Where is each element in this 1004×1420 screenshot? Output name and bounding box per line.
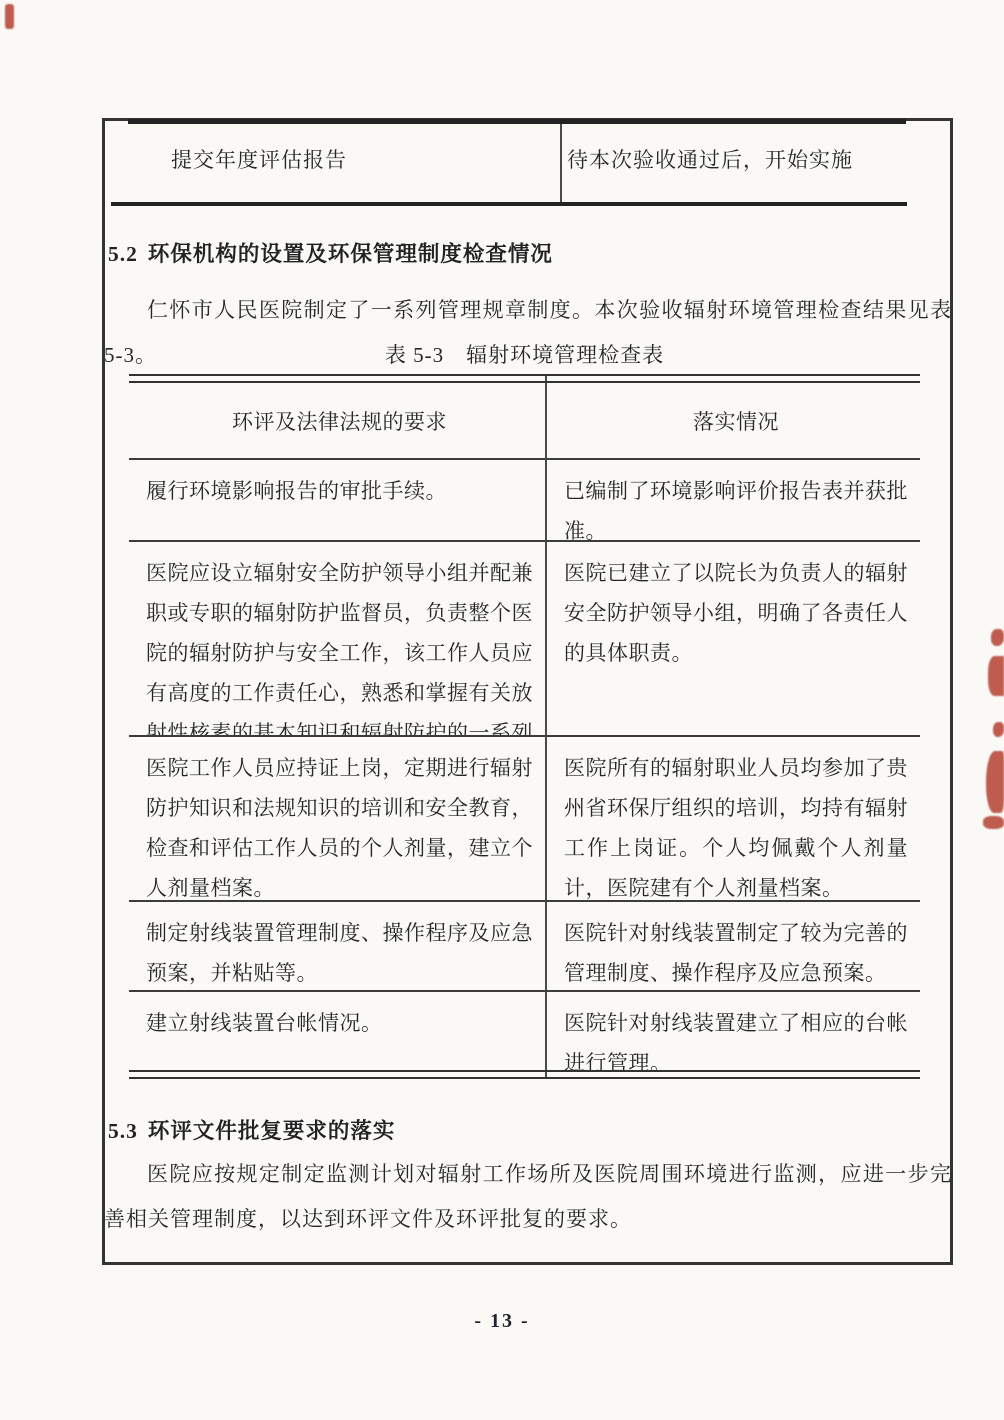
red-stamp-fragment-1 (991, 629, 1004, 646)
table-row-2-status: 医院已建立了以院长为负责人的辐射安全防护领导小组，明确了各责任人的具体职责。 (545, 540, 920, 735)
red-stamp-fragment-4 (986, 751, 1004, 813)
top-table-status-cell: 待本次验收通过后，开始实施 (567, 147, 897, 174)
top-table-column-divider (560, 124, 562, 203)
section-5-3-paragraph: 医院应按规定制定监测计划对辐射工作场所及医院周围环境进行监测，应进一步完善相关管… (104, 1152, 952, 1242)
top-table-bottom-rule (111, 202, 907, 206)
table-row-2-requirement: 医院应设立辐射安全防护领导小组并配兼职或专职的辐射防护监督员，负责整个医院的辐射… (129, 540, 545, 735)
scanned-document-page: { "page": { "number": "- 13 -" }, "top_t… (0, 0, 1004, 1420)
red-mark-top-left (5, 4, 14, 29)
table-row-5-requirement: 建立射线装置台帐情况。 (129, 990, 545, 1078)
table-header-requirement: 环评及法律法规的要求 (129, 374, 545, 458)
table-top-double-rule-2 (129, 381, 920, 383)
section-5-2-heading: 5.2环保机构的设置及环保管理制度检查情况 (108, 237, 553, 268)
section-5-2-number: 5.2 (108, 242, 138, 266)
page-number: - 13 - (0, 1310, 1004, 1333)
table-row-3-status: 医院所有的辐射职业人员均参加了贵州省环保厅组织的培训，均持有辐射工作上岗证。个人… (545, 735, 920, 900)
table-row-1-requirement: 履行环境影响报告的审批手续。 (129, 458, 545, 540)
table-bottom-double-rule-2 (129, 1077, 920, 1079)
red-stamp-fragment-5 (983, 816, 1004, 829)
top-table-top-rule (128, 119, 906, 124)
table-row-4-status: 医院针对射线装置制定了较为完善的管理制度、操作程序及应急预案。 (545, 900, 920, 990)
table-5-3-caption: 表 5-3 辐射环境管理检查表 (129, 339, 920, 369)
section-5-2-title: 环保机构的设置及环保管理制度检查情况 (148, 242, 553, 266)
table-row-3-requirement: 医院工作人员应持证上岗，定期进行辐射防护知识和法规知识的培训和安全教育，检查和评… (129, 735, 545, 900)
red-stamp-fragment-3 (993, 722, 1004, 737)
top-table-requirement-cell: 提交年度评估报告 (171, 147, 541, 174)
table-row-1-status: 已编制了环境影响评价报告表并获批准。 (545, 458, 920, 540)
table-5-3: 环评及法律法规的要求 落实情况 履行环境影响报告的审批手续。 已编制了环境影响评… (129, 374, 920, 1078)
table-header-status: 落实情况 (545, 374, 920, 458)
table-row-5-status: 医院针对射线装置建立了相应的台帐进行管理。 (545, 990, 920, 1078)
red-stamp-fragment-2 (988, 656, 1004, 696)
table-top-double-rule-1 (129, 374, 920, 376)
table-row-4-requirement: 制定射线装置管理制度、操作程序及应急预案，并粘贴等。 (129, 900, 545, 990)
table-bottom-double-rule-1 (129, 1070, 920, 1072)
section-5-3-title: 环评文件批复要求的落实 (148, 1119, 396, 1143)
section-5-3-number: 5.3 (108, 1119, 138, 1143)
section-5-3-heading: 5.3环评文件批复要求的落实 (108, 1114, 395, 1145)
